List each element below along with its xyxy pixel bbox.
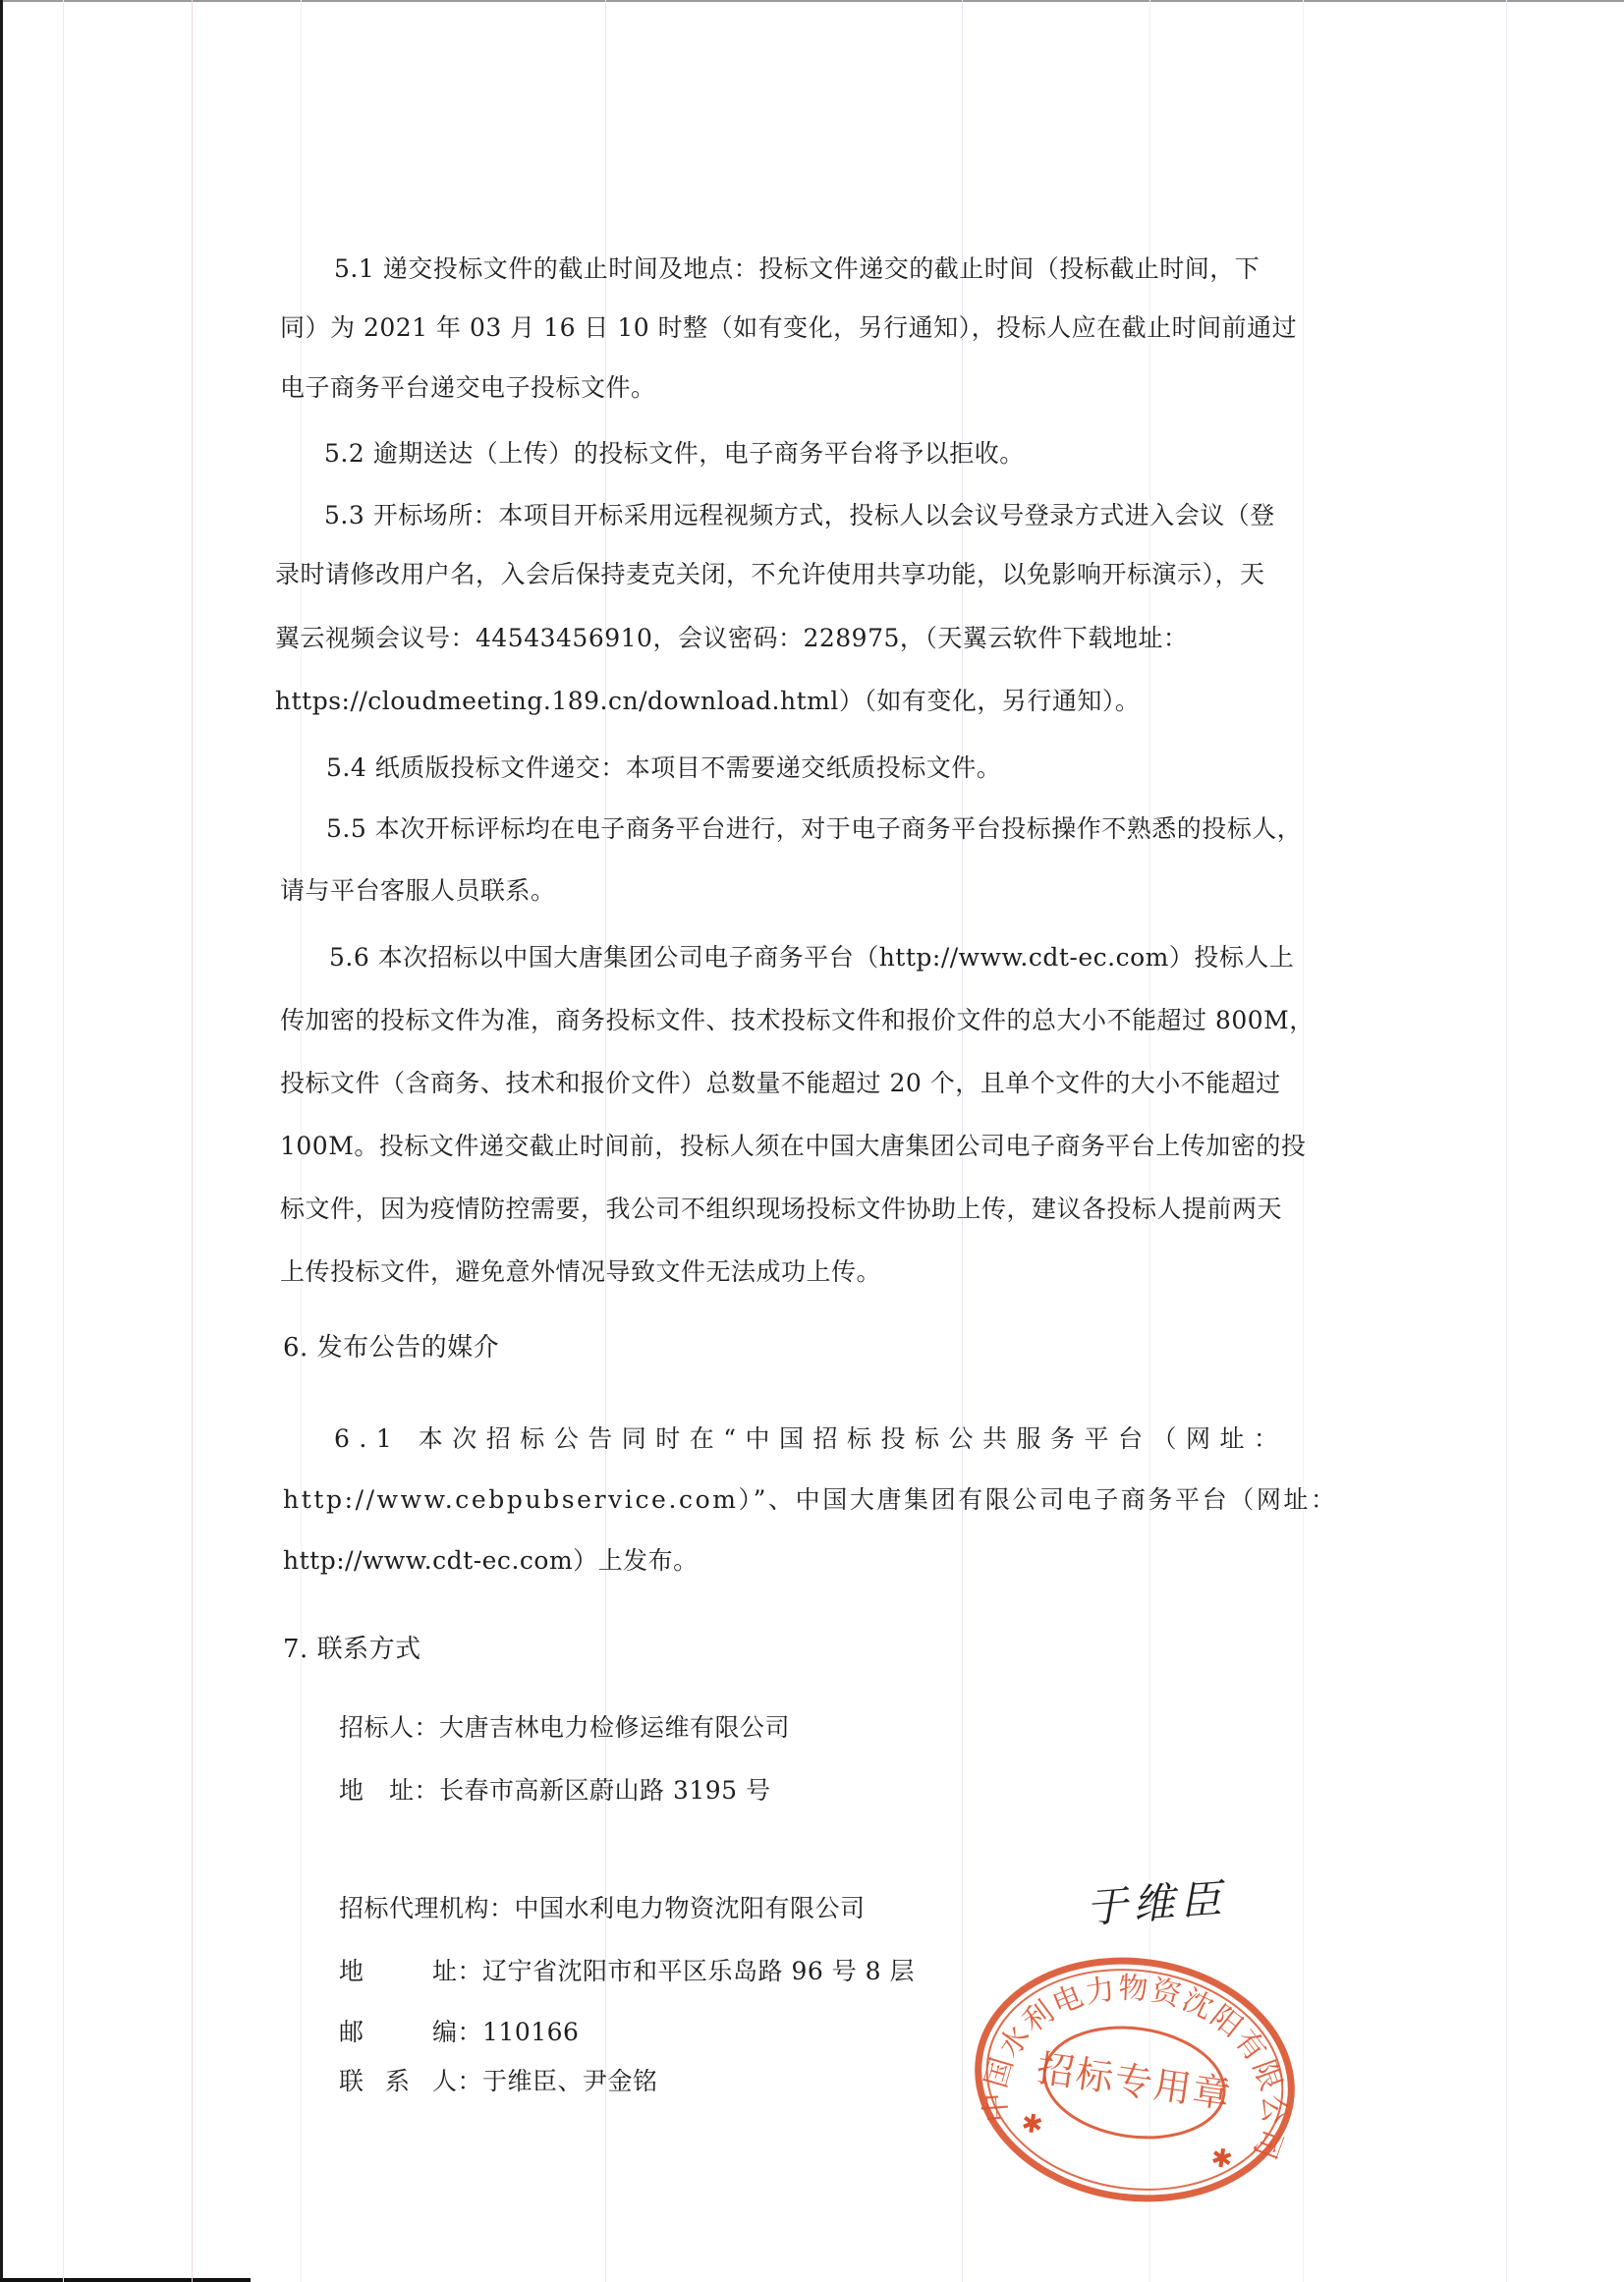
scan-edge-top [0,0,1624,2]
agency-address-value: 辽宁省沈阳市和平区乐岛路 96 号 8 层 [482,1957,915,1985]
agency-label: 招标代理机构： [339,1894,515,1922]
section-5-3-line-4: https://cloudmeeting.189.cn/download.htm… [275,685,1140,718]
section-5-3-line-3: 翼云视频会议号：44543456910，会议密码：228975，（天翼云软件下载… [275,622,1188,655]
company-seal-stamp: 中国水利电力物资沈阳有限公司 招标专用章 ✱ ✱ [968,1950,1302,2210]
contact-label-a: 联 [339,2065,385,2098]
scan-streak [192,0,193,2282]
agency-value: 中国水利电力物资沈阳有限公司 [515,1894,866,1922]
tenderer-address-label: 地 址： [339,1776,439,1805]
section-5-6-line-1: 5.6 本次招标以中国大唐集团公司电子商务平台（http://www.cdt-e… [329,941,1294,974]
scan-streak [1506,0,1507,2282]
agency-address-label-b: 址： [432,1957,482,1985]
section-5-6-line-4: 100M。投标文件递交截止时间前，投标人须在中国大唐集团公司电子商务平台上传加密… [280,1130,1306,1163]
scan-streak [63,0,64,2282]
section-5-5-line-2: 请与平台客服人员联系。 [280,874,556,908]
section-6-1-line-2: http://www.cebpubservice.com）”、中国大唐集团有限公… [283,1483,1338,1517]
contact-label-b: 人： [432,2067,482,2095]
section-5-1-line-2: 同）为 2021 年 03 月 16 日 10 时整（如有变化，另行通知），投标… [280,311,1297,345]
section-5-4-line-1: 5.4 纸质版投标文件递交：本项目不需要递交纸质投标文件。 [326,751,1001,785]
section-5-1-line-3: 电子商务平台递交电子投标文件。 [280,371,656,405]
section-5-3-line-1: 5.3 开标场所：本项目开标采用远程视频方式，投标人以会议号登录方式进入会议（登 [324,499,1275,532]
contact-label-m: 系 [385,2065,432,2098]
stamp-inner-text: 招标专用章 [1035,2046,1235,2116]
postcode-label-a: 邮 [339,2016,432,2049]
section-5-5-line-1: 5.5 本次开标评标均在电子商务平台进行，对于电子商务平台投标操作不熟悉的投标人… [326,812,1302,846]
section-5-6-line-3: 投标文件（含商务、技术和报价文件）总数量不能超过 20 个，且单个文件的大小不能… [280,1067,1281,1100]
stamp-star-left-icon: ✱ [1020,2109,1045,2142]
scan-edge-bottom [0,2278,251,2282]
agency-address-label-a: 地 [339,1955,432,1988]
agency-address-row: 地址：辽宁省沈阳市和平区乐岛路 96 号 8 层 [339,1955,915,1988]
section-5-1-line-1: 5.1 递交投标文件的截止时间及地点：投标文件递交的截止时间（投标截止时间，下 [334,252,1260,286]
section-5-3-line-2: 录时请修改用户名，入会后保持麦克关闭，不允许使用共享功能，以免影响开标演示），天 [275,558,1265,591]
section-6-1-line-1: 6.1 本次招标公告同时在“中国招标投标公共服务平台（网址： [334,1422,1288,1456]
contact-row: 联系人：于维臣、尹金铭 [339,2065,658,2098]
contact-value: 于维臣、尹金铭 [482,2067,658,2095]
tenderer-row: 招标人：大唐吉林电力检修运维有限公司 [339,1711,790,1745]
postcode-row: 邮编：110166 [339,2016,579,2049]
section-6-1-line-3: http://www.cdt-ec.com）上发布。 [283,1544,699,1578]
section-5-6-line-2: 传加密的投标文件为准，商务投标文件、技术投标文件和报价文件的总大小不能超过 80… [280,1004,1315,1037]
section-6-heading: 6. 发布公告的媒介 [283,1331,499,1364]
tenderer-value: 大唐吉林电力检修运维有限公司 [439,1713,790,1742]
tenderer-label: 招标人： [339,1713,439,1742]
postcode-value: 110166 [482,2018,579,2046]
tenderer-address-value: 长春市高新区蔚山路 3195 号 [439,1776,771,1805]
section-5-2-line-1: 5.2 逾期送达（上传）的投标文件，电子商务平台将予以拒收。 [324,437,1025,471]
tenderer-address-row: 地 址：长春市高新区蔚山路 3195 号 [339,1774,771,1808]
scan-edge-left [0,0,3,2282]
stamp-star-right-icon: ✱ [1209,2143,1235,2176]
section-7-heading: 7. 联系方式 [283,1633,421,1666]
handwritten-signature: 于维臣 [1084,1866,1229,1935]
section-5-6-line-6: 上传投标文件，避免意外情况导致文件无法成功上传。 [280,1255,881,1289]
postcode-label-b: 编： [432,2018,482,2046]
section-5-6-line-5: 标文件，因为疫情防控需要，我公司不组织现场投标文件协助上传，建议各投标人提前两天 [280,1193,1282,1226]
agency-row: 招标代理机构：中国水利电力物资沈阳有限公司 [339,1892,866,1925]
